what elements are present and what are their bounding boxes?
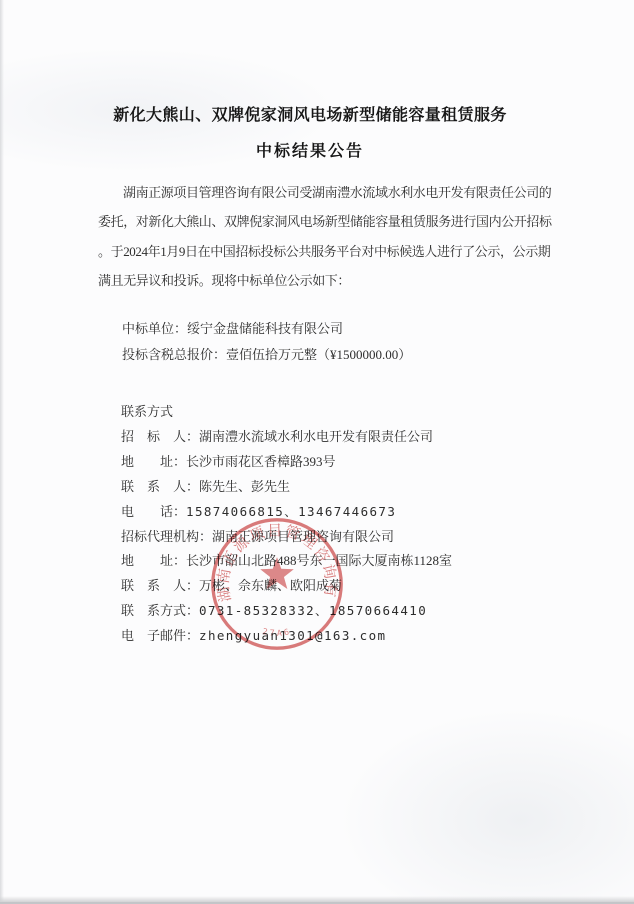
- contact-value: 陈先生、彭先生: [199, 479, 290, 494]
- body-line: 满且无异议和投诉。现将中标单位公示如下：: [98, 266, 552, 295]
- contact-label: 招 标 人：: [121, 429, 199, 444]
- contact-label: 联 系 人：: [121, 479, 199, 494]
- award-block: 中标单位：绥宁金盘储能科技有限公司 投标含税总报价：壹佰伍拾万元整（¥15000…: [122, 316, 411, 368]
- contact-label: 地 址：: [121, 553, 186, 568]
- paper-bottom-edge: [0, 896, 634, 904]
- body-line: 。于2024年1月9日在中国招标投标公共服务平台对中标候选人进行了公示，公示期: [98, 237, 552, 266]
- contact-heading: 联系方式: [121, 400, 452, 425]
- contact-label: 电 话：: [121, 504, 186, 519]
- seal-code-text: 27A6: [262, 626, 293, 638]
- contact-label: 电 子邮件：: [121, 628, 199, 643]
- winner-label: 中标单位：: [122, 321, 187, 336]
- contact-label: 联 系 人：: [121, 578, 199, 593]
- body-line: 湖南正源项目管理咨询有限公司受湖南澧水流域水利水电开发有限责任公司的: [98, 178, 552, 207]
- price-value: 壹佰伍拾万元整（¥1500000.00）: [226, 347, 411, 362]
- winner-line: 中标单位：绥宁金盘储能科技有限公司: [122, 316, 411, 342]
- price-label: 投标含税总报价：: [122, 347, 226, 362]
- winner-value: 绥宁金盘储能科技有限公司: [187, 321, 343, 336]
- contact-row-tenderer: 招 标 人：湖南澧水流域水利水电开发有限责任公司: [121, 425, 452, 450]
- contact-value: 湖南澧水流域水利水电开发有限责任公司: [199, 429, 433, 444]
- contact-row-address: 地 址：长沙市雨花区香樟路393号: [121, 450, 452, 475]
- seal-star-icon: [260, 557, 294, 589]
- body-paragraph: 湖南正源项目管理咨询有限公司受湖南澧水流域水利水电开发有限责任公司的 委托，对新…: [98, 178, 552, 296]
- body-line: 委托，对新化大熊山、双牌倪家洞风电场新型储能容量租赁服务进行国内公开招标: [98, 207, 552, 236]
- document-title-line2: 中标结果公告: [60, 138, 560, 161]
- contact-value: 长沙市雨花区香樟路393号: [186, 454, 336, 469]
- paper-left-edge: [0, 0, 4, 904]
- document-page: 新化大熊山、双牌倪家洞风电场新型储能容量租赁服务 中标结果公告 湖南正源项目管理…: [0, 0, 634, 904]
- contact-label: 联 系方式：: [121, 603, 199, 618]
- red-seal-stamp-icon: 湖南正源项目管理咨询有限公司 27A6: [189, 496, 365, 672]
- contact-label: 地 址：: [121, 454, 186, 469]
- document-title-line1: 新化大熊山、双牌倪家洞风电场新型储能容量租赁服务: [60, 102, 560, 125]
- price-line: 投标含税总报价：壹佰伍拾万元整（¥1500000.00）: [122, 342, 411, 368]
